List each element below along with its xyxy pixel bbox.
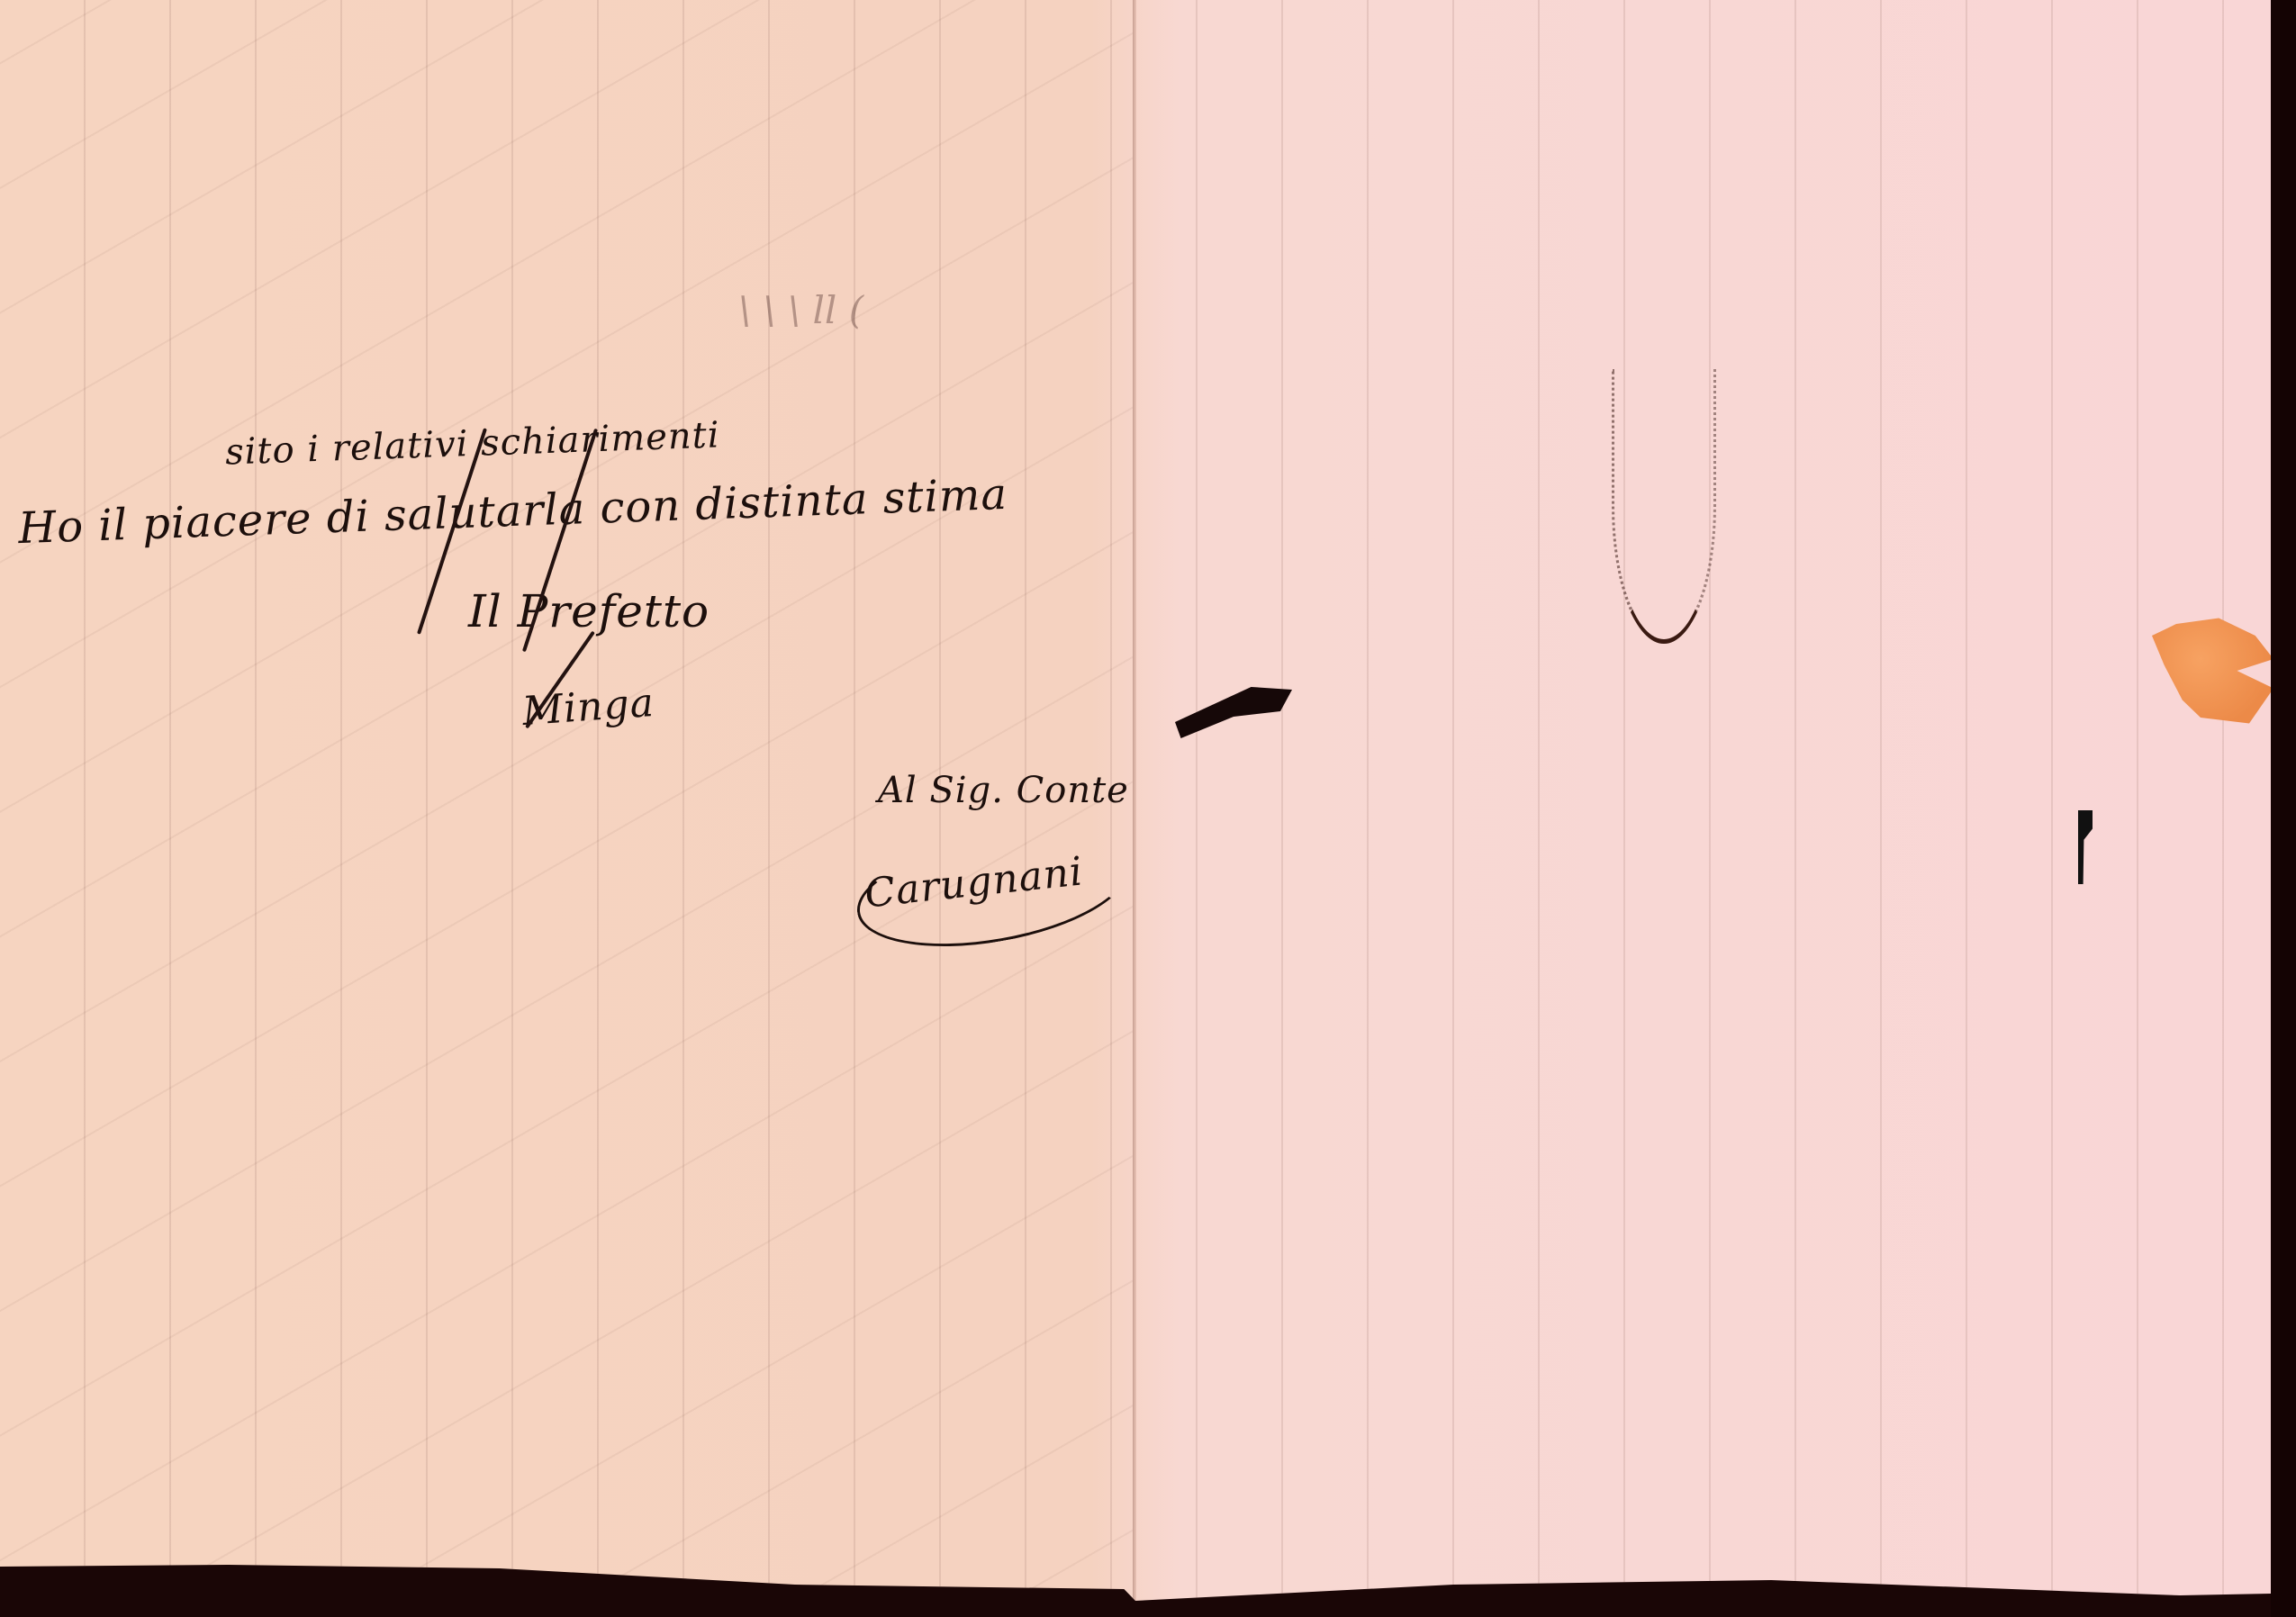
center-fold	[1133, 0, 1136, 1617]
pencil-sketch-outline	[1612, 369, 1716, 644]
manuscript-sheet: \ \ \ ll ( sito i relativi schiarimenti …	[0, 0, 2271, 1617]
signature-title: Il Prefetto	[468, 585, 710, 637]
faint-marks: \ \ \ ll (	[738, 288, 863, 332]
dark-background-edge	[2271, 0, 2296, 1617]
recipient-title: Al Sig. Conte	[878, 770, 1129, 811]
